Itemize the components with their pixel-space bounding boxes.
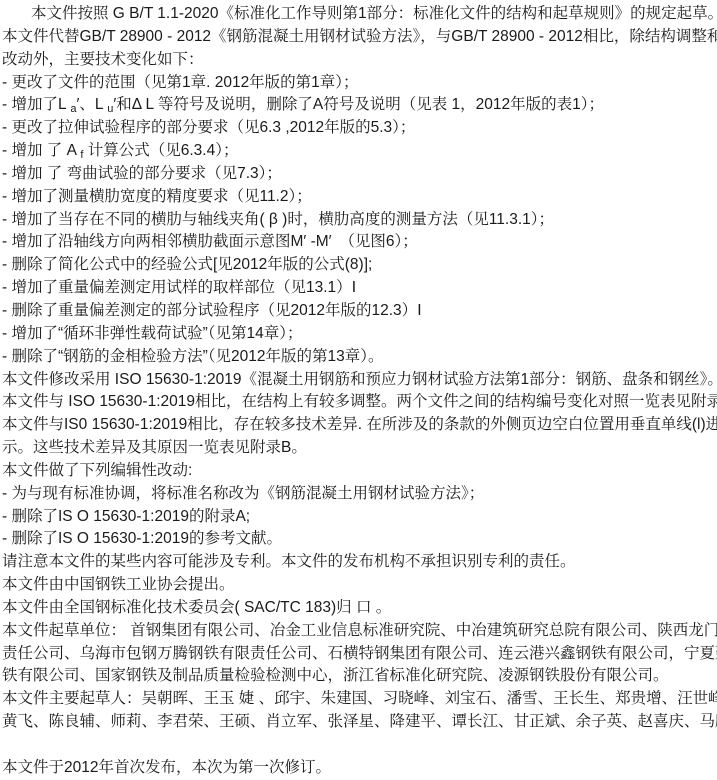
text-segment: 本文件于2012年首次发布，本次为第一次修订。	[2, 759, 331, 776]
text-segment: 示。这些技术差异及其原因一览表见附录B。	[2, 439, 307, 456]
text-line: - 增加了L a′、L u′和Δ L 等符号及说明，删除了A符号及说明（见表 1…	[2, 94, 717, 117]
text-line: 本文件与 ISO 15630-1:2019相比，在结构上有较多调整。两个文件之间…	[2, 391, 717, 414]
text-line: - 为与现有标准协调，将标准名称改为《钢筋混凝土用钢材试验方法》；	[2, 483, 717, 506]
text-line: - 增加了当存在不同的横肋与轴线夹角( β )时，横肋高度的测量方法（见11.3…	[2, 209, 717, 232]
text-line: - 删除了简化公式中的经验公式[见2012年版的公式(8)];	[2, 254, 717, 277]
text-segment: 本文件主要起草人：吴朝晖、王玉 婕 、邱宇、朱建国、习晓峰、刘宝石、潘雪、王长生…	[2, 690, 717, 707]
text-segment: - 增加了L	[2, 96, 70, 113]
text-segment: ′、L	[76, 96, 107, 113]
text-line: 本文件代替GB/T 28900 - 2012《钢筋混凝土用钢材试验方法》，与GB…	[2, 26, 717, 49]
text-segment: - 增加了重量偏差测定用试样的取样部位（见13.1）Ⅰ	[2, 279, 356, 296]
text-segment: 铁有限公司、国家钢铁及制品质量检验检测中心，浙江省标准化研究院、凌源钢铁股份有限…	[2, 667, 669, 684]
text-segment: - 删除了重量偏差测定的部分试验程序（见2012年版的12.3）Ⅰ	[2, 302, 422, 319]
text-line: - 删除了IS O 15630-1:2019的参考文献。	[2, 528, 717, 551]
text-segment: 本文件起草单位： 首钢集团有限公司、冶金工业信息标准研究院、中冶建筑研究总院有限…	[2, 622, 717, 639]
text-line: 本文件由中国钢铁工业协会提出。	[2, 574, 717, 597]
text-segment: - 增加了沿轴线方向两相邻横肋截面示意图M′ -M′ （见图6）；	[2, 233, 418, 250]
text-line: - 删除了重量偏差测定的部分试验程序（见2012年版的12.3）Ⅰ	[2, 300, 717, 323]
text-line: 本文件于2012年首次发布，本次为第一次修订。	[2, 757, 717, 780]
text-line: - 更改了拉伸试验程序的部分要求（见6.3 ,2012年版的5.3）；	[2, 117, 717, 140]
text-line: 本文件起草单位： 首钢集团有限公司、冶金工业信息标准研究院、中冶建筑研究总院有限…	[2, 620, 717, 643]
text-segment: 本文件做了下列编辑性改动:	[2, 462, 192, 479]
text-segment: 本文件与 ISO 15630-1:2019相比，在结构上有较多调整。两个文件之间…	[2, 393, 717, 410]
text-line: - 删除了IS O 15630-1:2019的附录A;	[2, 506, 717, 529]
blank-line	[2, 734, 717, 757]
text-line: 铁有限公司、国家钢铁及制品质量检验检测中心，浙江省标准化研究院、凌源钢铁股份有限…	[2, 665, 717, 688]
text-line: - 增加了测量横肋宽度的精度要求（见11.2）；	[2, 186, 717, 209]
text-line: 请注意本文件的某些内容可能涉及专利。本文件的发布机构不承担识别专利的责任。	[2, 551, 717, 574]
text-line: - 增加了“循环非弹性载荷试验”（见第14章）；	[2, 323, 717, 346]
text-line: - 增加 了 弯曲试验的部分要求（见7.3）；	[2, 163, 717, 186]
text-segment: ′和Δ L 等符号及说明，删除了A符号及说明（见表 1，2012年版的表1）；	[113, 96, 604, 113]
text-segment: 计算公式（见6.3.4）；	[83, 142, 238, 159]
text-segment: - 增加了“循环非弹性载荷试验”（见第14章）；	[2, 325, 303, 342]
text-segment: 本文件按照 G B/T 1.1-2020《标准化工作导则第1部分：标准化文件的结…	[31, 5, 717, 22]
text-line: 本文件由全国钢标准化技术委员会( SAC/TC 183)归 口 。	[2, 597, 717, 620]
text-line: - 增加 了 A f 计算公式（见6.3.4）；	[2, 140, 717, 163]
document-body: 本文件按照 G B/T 1.1-2020《标准化工作导则第1部分：标准化文件的结…	[0, 0, 717, 780]
text-segment: - 增加了测量横肋宽度的精度要求（见11.2）；	[2, 188, 312, 205]
text-segment: - 增加 了 A	[2, 142, 80, 159]
text-line: - 删除了“钢筋的金相检验方法”（见2012年版的第13章）。	[2, 346, 717, 369]
text-segment: - 增加 了 弯曲试验的部分要求（见7.3）；	[2, 165, 282, 182]
text-line: 示。这些技术差异及其原因一览表见附录B。	[2, 437, 717, 460]
text-segment: 请注意本文件的某些内容可能涉及专利。本文件的发布机构不承担识别专利的责任。	[2, 553, 576, 570]
text-line: 本文件主要起草人：吴朝晖、王玉 婕 、邱宇、朱建国、习晓峰、刘宝石、潘雪、王长生…	[2, 688, 717, 711]
text-segment: 改动外，主要技术变化如下：	[2, 51, 204, 68]
text-segment: - 更改了拉伸试验程序的部分要求（见6.3 ,2012年版的5.3）；	[2, 119, 415, 136]
text-segment: - 更改了文件的范围（见第1章. 2012年版的第1章）；	[2, 74, 359, 91]
text-line: 改动外，主要技术变化如下：	[2, 49, 717, 72]
text-line: 本文件修改采用 ISO 15630-1:2019《混凝土用钢筋和预应力钢材试验方…	[2, 369, 717, 392]
text-segment: 责任公司、乌海市包钢万腾钢铁有限责任公司、石横特钢集团有限公司、连云港兴鑫钢铁有…	[2, 645, 717, 662]
text-segment: - 增加了当存在不同的横肋与轴线夹角( β )时，横肋高度的测量方法（见11.3…	[2, 211, 554, 228]
text-segment: 本文件与IS0 15630-1:2019相比，存在较多技术差异. 在所涉及的条款…	[2, 416, 717, 433]
text-line: 本文件做了下列编辑性改动:	[2, 460, 717, 483]
text-line: 本文件按照 G B/T 1.1-2020《标准化工作导则第1部分：标准化文件的结…	[2, 3, 717, 26]
text-line: - 增加了重量偏差测定用试样的取样部位（见13.1）Ⅰ	[2, 277, 717, 300]
text-segment: - 删除了“钢筋的金相检验方法”（见2012年版的第13章）。	[2, 348, 384, 365]
text-segment: - 删除了简化公式中的经验公式[见2012年版的公式(8)];	[2, 256, 372, 273]
text-line: 黄飞、陈良辅、师莉、李君荣、王硕、肖立军、张泽星、降建平、谭长江、甘正斌、余子英…	[2, 711, 717, 734]
text-segment: 本文件由中国钢铁工业协会提出。	[2, 576, 235, 593]
text-line: 本文件与IS0 15630-1:2019相比，存在较多技术差异. 在所涉及的条款…	[2, 414, 717, 437]
text-line: 责任公司、乌海市包钢万腾钢铁有限责任公司、石横特钢集团有限公司、连云港兴鑫钢铁有…	[2, 643, 717, 666]
text-segment: 本文件由全国钢标准化技术委员会( SAC/TC 183)归 口 。	[2, 599, 391, 616]
text-segment: - 删除了IS O 15630-1:2019的附录A;	[2, 508, 250, 525]
text-line: - 更改了文件的范围（见第1章. 2012年版的第1章）；	[2, 72, 717, 95]
text-segment: 本文件代替GB/T 28900 - 2012《钢筋混凝土用钢材试验方法》，与GB…	[2, 28, 717, 45]
text-segment: 黄飞、陈良辅、师莉、李君荣、王硕、肖立军、张泽星、降建平、谭长江、甘正斌、余子英…	[2, 713, 717, 730]
text-line: - 增加了沿轴线方向两相邻横肋截面示意图M′ -M′ （见图6）；	[2, 231, 717, 254]
text-segment: - 为与现有标准协调，将标准名称改为《钢筋混凝土用钢材试验方法》；	[2, 485, 484, 502]
text-segment: - 删除了IS O 15630-1:2019的参考文献。	[2, 530, 282, 547]
text-segment: 本文件修改采用 ISO 15630-1:2019《混凝土用钢筋和预应力钢材试验方…	[2, 371, 717, 388]
